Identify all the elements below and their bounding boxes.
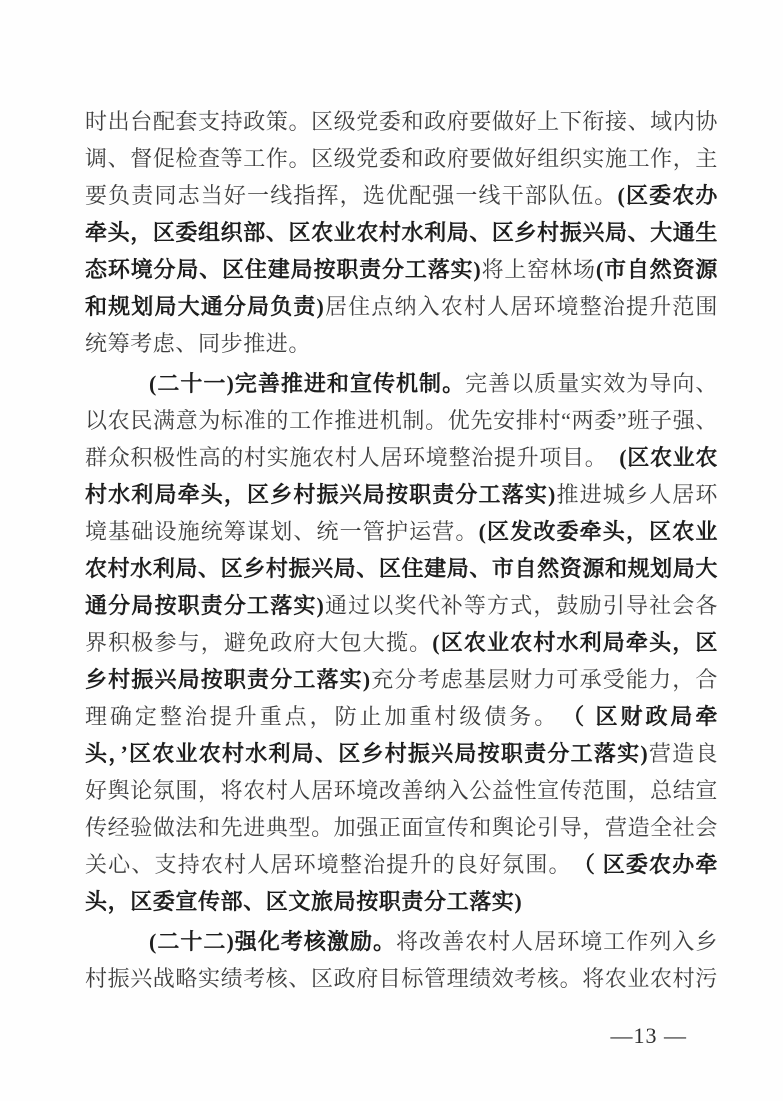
paragraph-3: (二十二)强化考核激励。将改善农村人居环境工作列入乡村振兴战略实绩考核、区政府目… [85,923,718,997]
paragraph-2: (二十一)完善推进和宣传机制。完善以质量实效为导向、以农民满意为标准的工作推进机… [85,365,718,920]
item-heading: (二十一)完善推进和宣传机制。 [149,371,465,396]
body-text: 将上窑林场 [481,257,595,282]
paragraph-1: 时出台配套支持政策。区级党委和政府要做好上下衔接、域内协调、督促检查等工作。区级… [85,103,718,362]
page-number: —13 — [611,1023,688,1049]
document-body: 时出台配套支持政策。区级党委和政府要做好上下衔接、域内协调、督促检查等工作。区级… [85,103,718,997]
document-page: 时出台配套支持政策。区级党委和政府要做好上下衔接、域内协调、督促检查等工作。区级… [0,0,783,1101]
item-heading: (二十二)强化考核激励。 [149,929,396,954]
